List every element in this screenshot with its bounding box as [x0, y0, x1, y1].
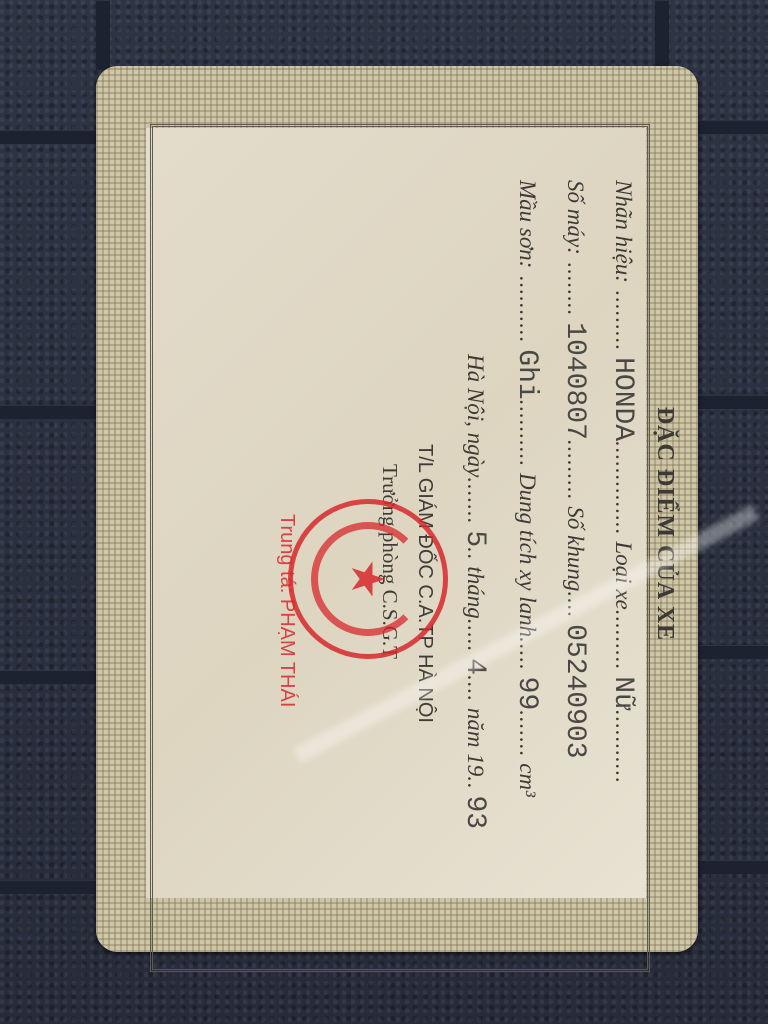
- brand-label: Nhãn hiệu: [611, 180, 636, 275]
- leather-seam: [690, 120, 768, 134]
- color-label: Mầu sơn: [515, 180, 540, 261]
- date-day: 5: [459, 530, 490, 547]
- leather-seam: [0, 880, 100, 894]
- date-row: Hà Nội, ngày....... 5.. tháng..... 4....…: [459, 354, 490, 829]
- registration-card: ĐẶC ĐIỂM CỦA XE Nhãn hiệu: ......... HON…: [96, 66, 698, 952]
- leather-seam: [0, 405, 100, 419]
- capacity-value: 99: [511, 677, 542, 711]
- engine-row: Số máy: ........ 1040807......... Số khu…: [559, 180, 590, 759]
- card-title: ĐẶC ĐIỂM CỦA XE: [651, 144, 678, 904]
- leather-seam: [0, 130, 100, 144]
- engine-label: Số máy: [563, 180, 588, 247]
- frame-label: Số khung: [563, 506, 588, 591]
- date-year-label: năm 19: [463, 708, 488, 776]
- color-value: Ghi: [511, 349, 542, 399]
- date-place: Hà Nội, ngày: [463, 354, 488, 477]
- leather-seam: [96, 0, 110, 70]
- card-content: ĐẶC ĐIỂM CỦA XE Nhãn hiệu: ......... HON…: [208, 144, 698, 904]
- red-seal-stamp: ★: [288, 499, 448, 659]
- engine-value: 1040807: [559, 322, 590, 440]
- leather-seam: [0, 670, 100, 684]
- capacity-label: Dung tích xy lanh: [515, 473, 540, 637]
- type-value: Nữ: [607, 676, 638, 710]
- leather-seam: [655, 0, 669, 70]
- brand-value: HONDA: [607, 357, 638, 441]
- frame-value: 05240903: [559, 624, 590, 758]
- date-month-label: tháng: [463, 566, 488, 618]
- capacity-unit: cm³: [515, 763, 540, 797]
- leather-seam: [690, 860, 768, 874]
- star-icon: ★: [341, 558, 395, 599]
- leather-seam: [690, 395, 768, 409]
- brand-row: Nhãn hiệu: ......... HONDA..............…: [607, 180, 638, 784]
- color-row: Mầu sơn: .......... Ghi.......... Dung t…: [511, 180, 542, 797]
- date-year: 93: [459, 795, 490, 829]
- signer-name: Trung tá: PHẠM THÁI: [275, 514, 298, 707]
- leather-seam: [690, 645, 768, 659]
